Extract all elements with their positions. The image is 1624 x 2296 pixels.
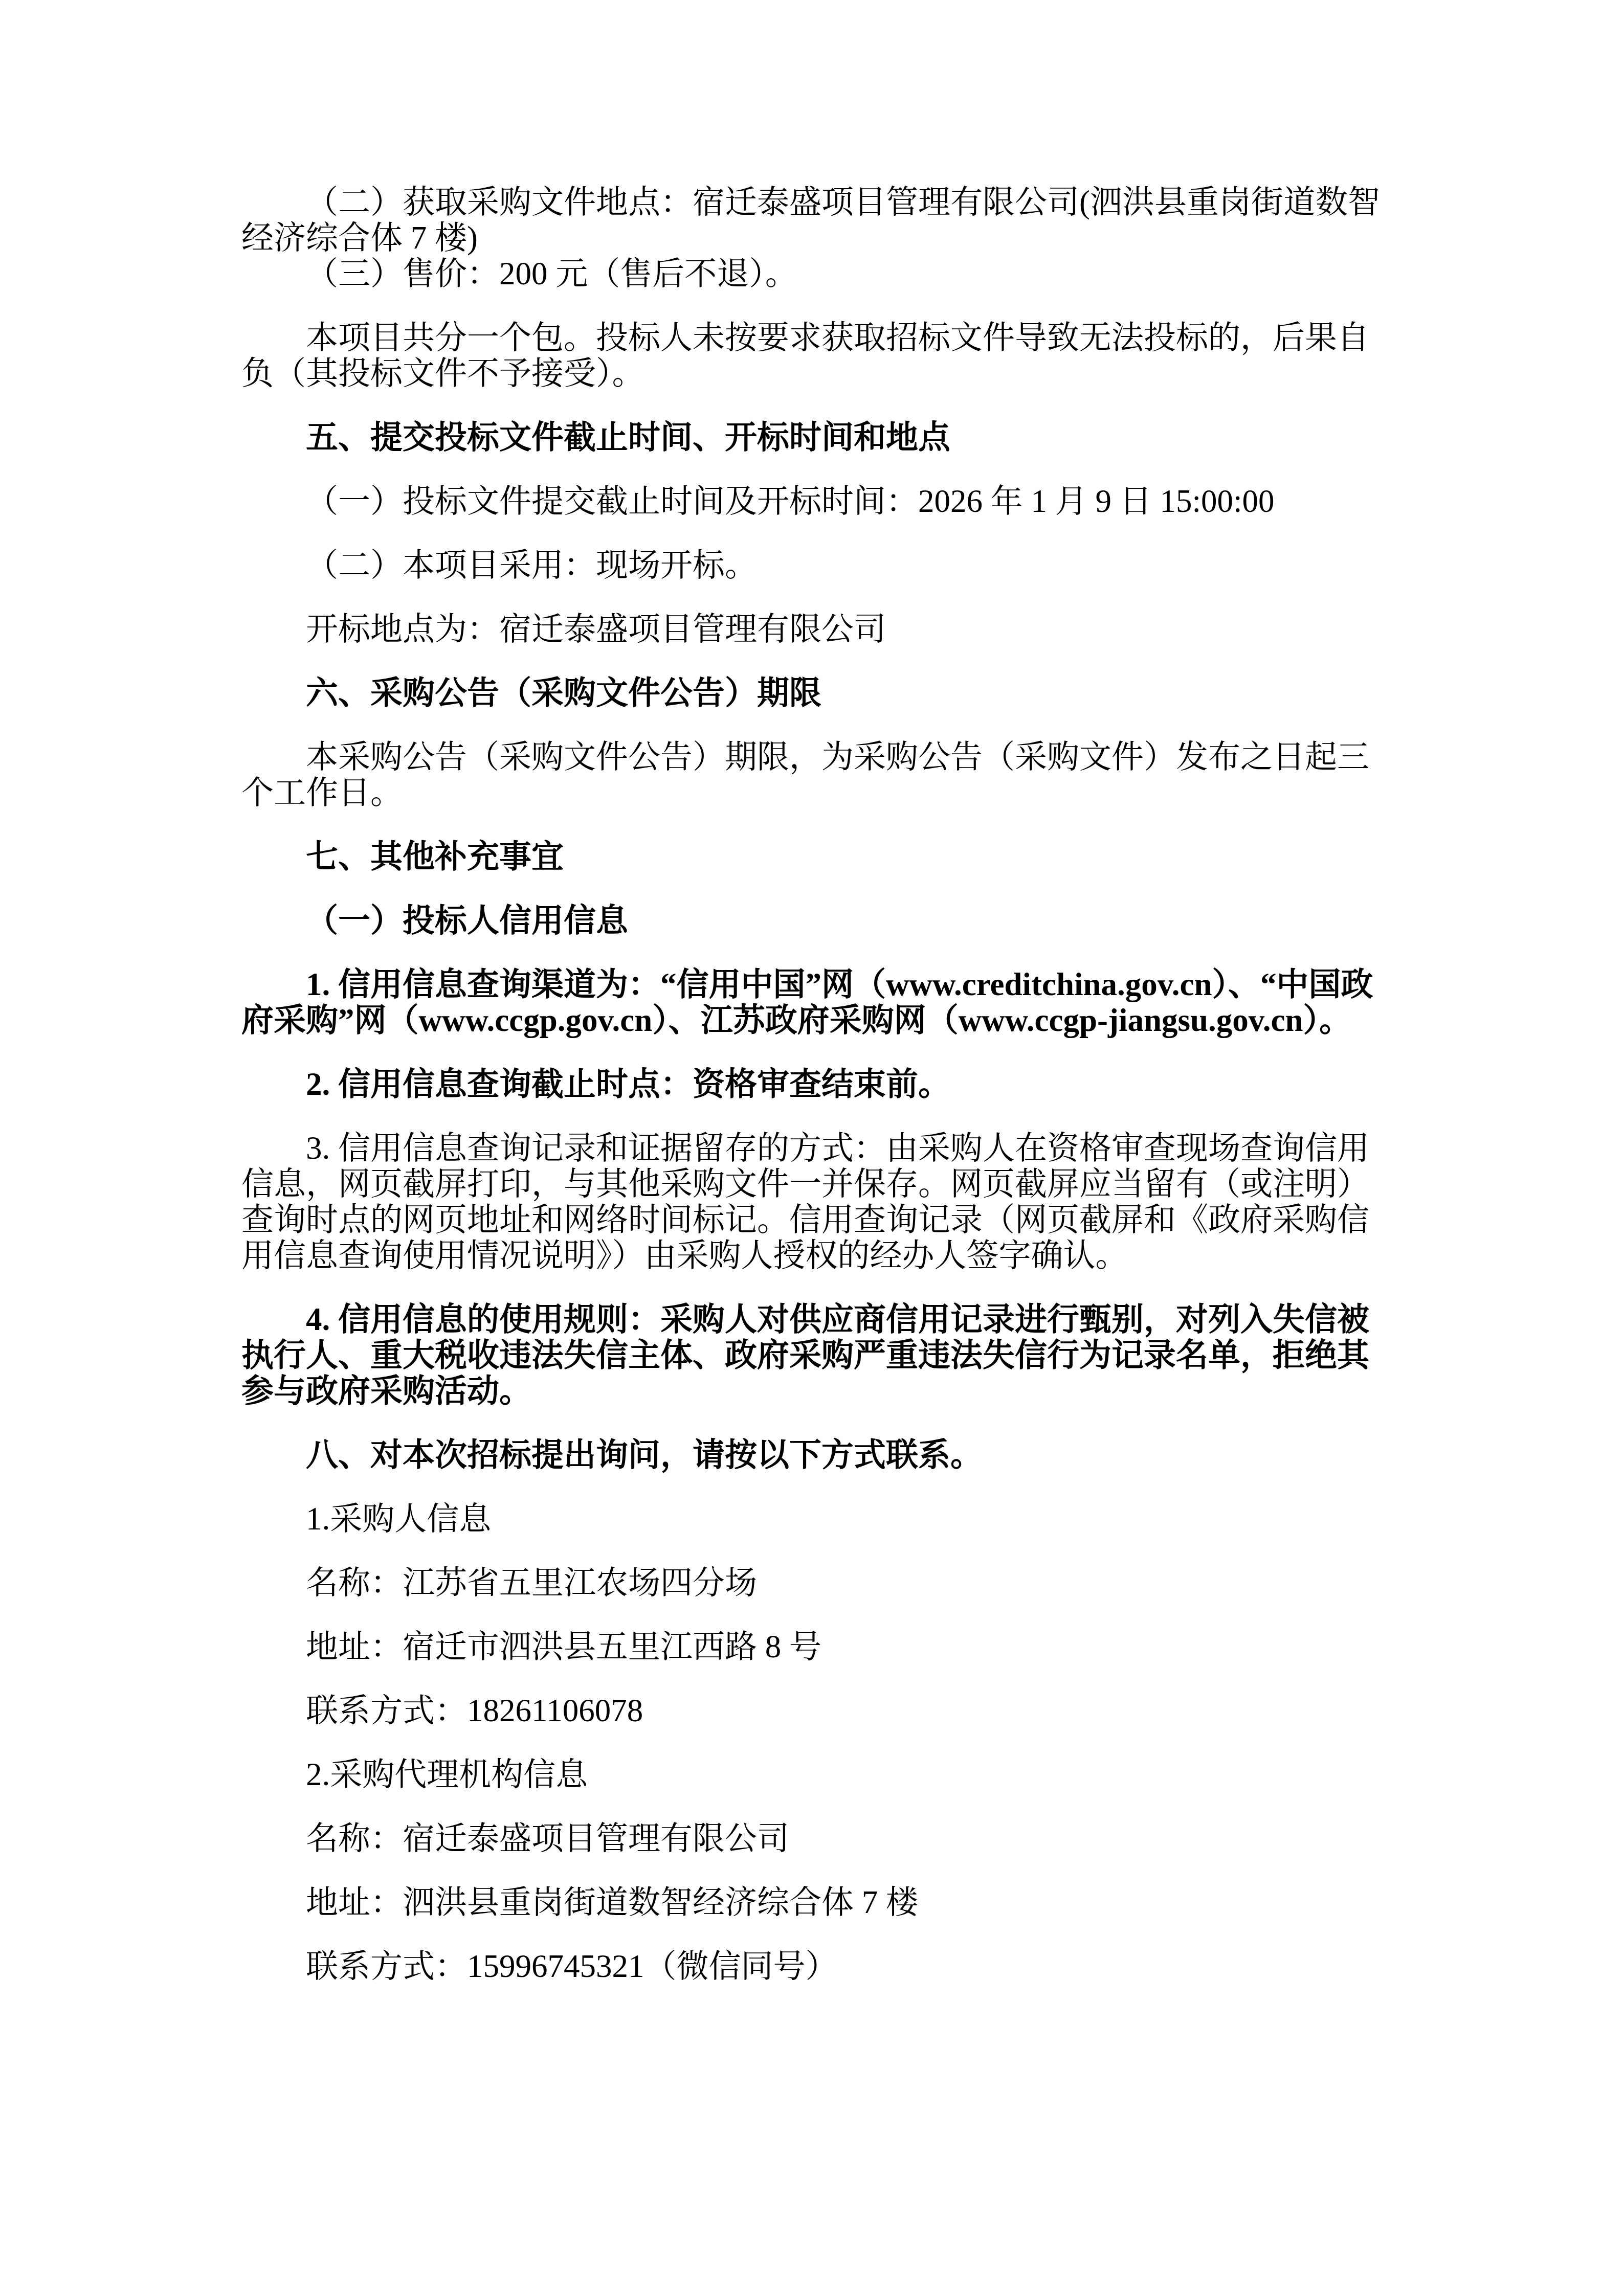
paragraph: 本采购公告（采购文件公告）期限，为采购公告（采购文件）发布之日起三个工作日。 xyxy=(241,739,1399,811)
section-heading: 七、其他补充事宜 xyxy=(241,839,1399,874)
paragraph: （二）本项目采用：现场开标。 xyxy=(241,547,1399,583)
paragraph: 地址：泗洪县重岗街道数智经济综合体 7 楼 xyxy=(241,1884,1399,1920)
paragraph: （二）获取采购文件地点：宿迁泰盛项目管理有限公司(泗洪县重岗街道数智经济综合体 … xyxy=(241,184,1399,256)
paragraph: 3. 信用信息查询记录和证据留存的方式：由采购人在资格审查现场查询信用信息，网页… xyxy=(241,1130,1399,1273)
paragraph: 4. 信用信息的使用规则：采购人对供应商信用记录进行甄别，对列入失信被执行人、重… xyxy=(241,1301,1399,1409)
section-heading: 八、对本次招标提出询问，请按以下方式联系。 xyxy=(241,1437,1399,1473)
document-body: （二）获取采购文件地点：宿迁泰盛项目管理有限公司(泗洪县重岗街道数智经济综合体 … xyxy=(241,184,1399,1984)
paragraph: 开标地点为：宿迁泰盛项目管理有限公司 xyxy=(241,611,1399,647)
paragraph: 地址：宿迁市泗洪县五里江西路 8 号 xyxy=(241,1629,1399,1664)
paragraph: 联系方式：15996745321（微信同号） xyxy=(241,1948,1399,1984)
paragraph: 联系方式：18261106078 xyxy=(241,1693,1399,1728)
paragraph: （三）售价：200 元（售后不退）。 xyxy=(241,256,1399,291)
paragraph: 1. 信用信息查询渠道为：“信用中国”网（www.creditchina.gov… xyxy=(241,966,1399,1038)
paragraph: 2.采购代理机构信息 xyxy=(241,1757,1399,1792)
paragraph: 名称：江苏省五里江农场四分场 xyxy=(241,1565,1399,1601)
section-heading: （一）投标人信用信息 xyxy=(241,903,1399,938)
section-heading: 五、提交投标文件截止时间、开标时间和地点 xyxy=(241,419,1399,455)
paragraph: 名称：宿迁泰盛项目管理有限公司 xyxy=(241,1820,1399,1856)
paragraph: 本项目共分一个包。投标人未按要求获取招标文件导致无法投标的，后果自负（其投标文件… xyxy=(241,320,1399,391)
paragraph: 2. 信用信息查询截止时点：资格审查结束前。 xyxy=(241,1066,1399,1102)
section-heading: 六、采购公告（采购文件公告）期限 xyxy=(241,675,1399,711)
document-page: （二）获取采购文件地点：宿迁泰盛项目管理有限公司(泗洪县重岗街道数智经济综合体 … xyxy=(0,0,1624,2296)
paragraph: 1.采购人信息 xyxy=(241,1501,1399,1537)
paragraph: （一）投标文件提交截止时间及开标时间：2026 年 1 月 9 日 15:00:… xyxy=(241,483,1399,519)
